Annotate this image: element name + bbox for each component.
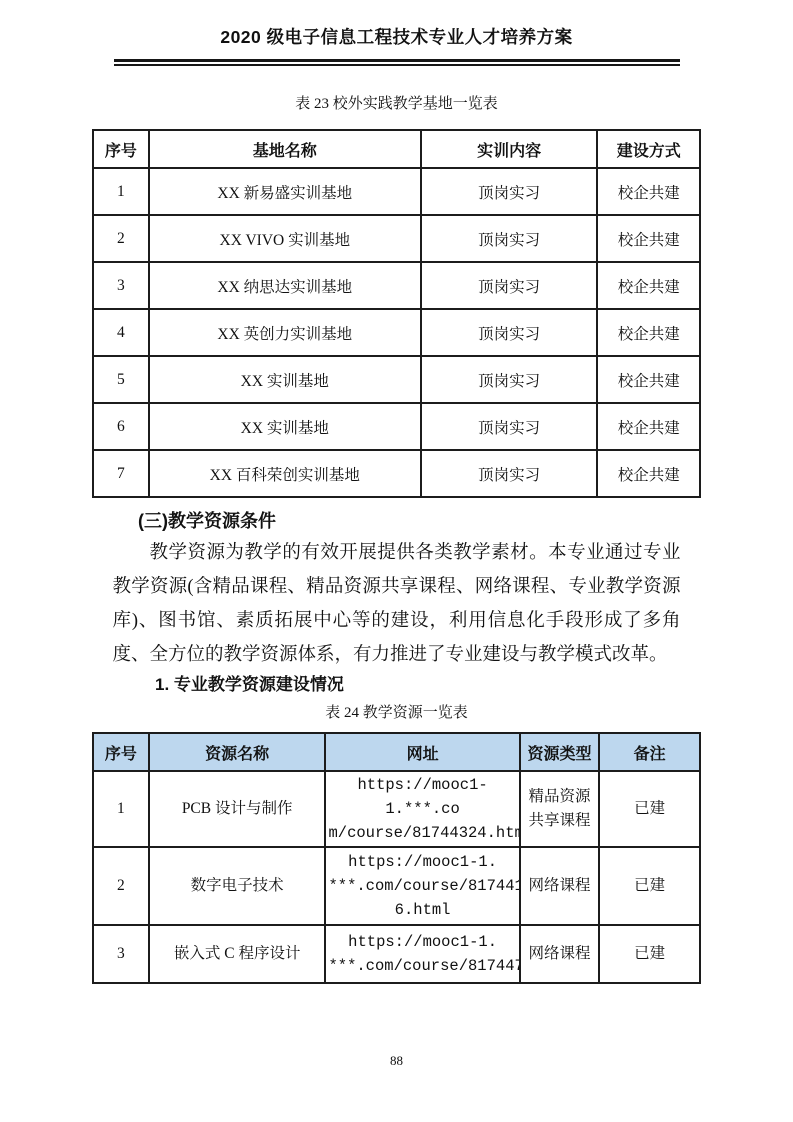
build-mode-cell: 校企共建 bbox=[597, 215, 700, 262]
build-mode-cell: 校企共建 bbox=[597, 356, 700, 403]
base-name-cell: XX 纳思达实训基地 bbox=[149, 262, 421, 309]
serial-cell: 5 bbox=[93, 356, 149, 403]
serial-cell: 4 bbox=[93, 309, 149, 356]
table-row: 1 XX 新易盛实训基地 顶岗实习 校企共建 bbox=[93, 168, 700, 215]
training-content-cell: 顶岗实习 bbox=[421, 403, 598, 450]
col-header-url: 网址 bbox=[325, 733, 519, 771]
note-cell: 已建 bbox=[599, 771, 700, 847]
resource-name-cell: 数字电子技术 bbox=[149, 847, 326, 925]
col-header-build-mode: 建设方式 bbox=[597, 130, 700, 168]
resource-type-cell: 网络课程 bbox=[520, 847, 600, 925]
training-content-cell: 顶岗实习 bbox=[421, 309, 598, 356]
table24-header-row: 序号 资源名称 网址 资源类型 备注 bbox=[93, 733, 700, 771]
resource-type-cell: 网络课程 bbox=[520, 925, 600, 983]
col-header-serial: 序号 bbox=[93, 733, 149, 771]
serial-cell: 2 bbox=[93, 215, 149, 262]
training-content-cell: 顶岗实习 bbox=[421, 450, 598, 497]
training-content-cell: 顶岗实习 bbox=[421, 215, 598, 262]
serial-cell: 2 bbox=[93, 847, 149, 925]
col-header-serial: 序号 bbox=[93, 130, 149, 168]
resource-type-cell: 精品资源 共享课程 bbox=[520, 771, 600, 847]
table-row: 5 XX 实训基地 顶岗实习 校企共建 bbox=[93, 356, 700, 403]
training-content-cell: 顶岗实习 bbox=[421, 356, 598, 403]
table24-teaching-resources: 序号 资源名称 网址 资源类型 备注 1 PCB 设计与制作 https://m… bbox=[92, 732, 701, 984]
table-row: 2 数字电子技术 https://mooc1-1. ***.com/course… bbox=[93, 847, 700, 925]
body-paragraph: 教学资源为教学的有效开展提供各类教学素材。本专业通过专业教学资源(含精品课程、精… bbox=[113, 536, 681, 672]
resource-name-cell: PCB 设计与制作 bbox=[149, 771, 326, 847]
col-header-note: 备注 bbox=[599, 733, 700, 771]
base-name-cell: XX VIVO 实训基地 bbox=[149, 215, 421, 262]
build-mode-cell: 校企共建 bbox=[597, 403, 700, 450]
base-name-cell: XX 实训基地 bbox=[149, 356, 421, 403]
table24-caption: 表 24 教学资源一览表 bbox=[0, 704, 793, 722]
build-mode-cell: 校企共建 bbox=[597, 450, 700, 497]
col-header-resource-name: 资源名称 bbox=[149, 733, 326, 771]
build-mode-cell: 校企共建 bbox=[597, 309, 700, 356]
url-cell: https://mooc1-1. ***.com/course/8174474 bbox=[325, 925, 519, 983]
note-cell: 已建 bbox=[599, 847, 700, 925]
table-row: 7 XX 百科荣创实训基地 顶岗实习 校企共建 bbox=[93, 450, 700, 497]
training-content-cell: 顶岗实习 bbox=[421, 168, 598, 215]
header-divider bbox=[114, 59, 680, 66]
serial-cell: 3 bbox=[93, 925, 149, 983]
build-mode-cell: 校企共建 bbox=[597, 262, 700, 309]
page-title: 2020 级电子信息工程技术专业人才培养方案 bbox=[56, 26, 737, 48]
section-heading: (三)教学资源条件 bbox=[138, 510, 793, 532]
table-row: 1 PCB 设计与制作 https://mooc1-1.***.co m/cou… bbox=[93, 771, 700, 847]
url-cell: https://mooc1-1. ***.com/course/8174413 … bbox=[325, 847, 519, 925]
col-header-training-content: 实训内容 bbox=[421, 130, 598, 168]
serial-cell: 6 bbox=[93, 403, 149, 450]
table-row: 3 XX 纳思达实训基地 顶岗实习 校企共建 bbox=[93, 262, 700, 309]
base-name-cell: XX 新易盛实训基地 bbox=[149, 168, 421, 215]
table-row: 2 XX VIVO 实训基地 顶岗实习 校企共建 bbox=[93, 215, 700, 262]
serial-cell: 3 bbox=[93, 262, 149, 309]
table23-header-row: 序号 基地名称 实训内容 建设方式 bbox=[93, 130, 700, 168]
training-content-cell: 顶岗实习 bbox=[421, 262, 598, 309]
col-header-resource-type: 资源类型 bbox=[520, 733, 600, 771]
page-number: 88 bbox=[0, 1053, 793, 1069]
table23-caption: 表 23 校外实践教学基地一览表 bbox=[0, 95, 793, 113]
build-mode-cell: 校企共建 bbox=[597, 168, 700, 215]
base-name-cell: XX 英创力实训基地 bbox=[149, 309, 421, 356]
serial-cell: 1 bbox=[93, 771, 149, 847]
note-cell: 已建 bbox=[599, 925, 700, 983]
document-page: 2020 级电子信息工程技术专业人才培养方案 表 23 校外实践教学基地一览表 … bbox=[0, 0, 793, 1122]
table-row: 3 嵌入式 C 程序设计 https://mooc1-1. ***.com/co… bbox=[93, 925, 700, 983]
sub-heading: 1. 专业教学资源建设情况 bbox=[155, 674, 793, 696]
base-name-cell: XX 实训基地 bbox=[149, 403, 421, 450]
serial-cell: 7 bbox=[93, 450, 149, 497]
table-row: 6 XX 实训基地 顶岗实习 校企共建 bbox=[93, 403, 700, 450]
serial-cell: 1 bbox=[93, 168, 149, 215]
url-cell: https://mooc1-1.***.co m/course/81744324… bbox=[325, 771, 519, 847]
table23-practice-bases: 序号 基地名称 实训内容 建设方式 1 XX 新易盛实训基地 顶岗实习 校企共建… bbox=[92, 129, 701, 498]
resource-name-cell: 嵌入式 C 程序设计 bbox=[149, 925, 326, 983]
table-row: 4 XX 英创力实训基地 顶岗实习 校企共建 bbox=[93, 309, 700, 356]
col-header-base-name: 基地名称 bbox=[149, 130, 421, 168]
base-name-cell: XX 百科荣创实训基地 bbox=[149, 450, 421, 497]
